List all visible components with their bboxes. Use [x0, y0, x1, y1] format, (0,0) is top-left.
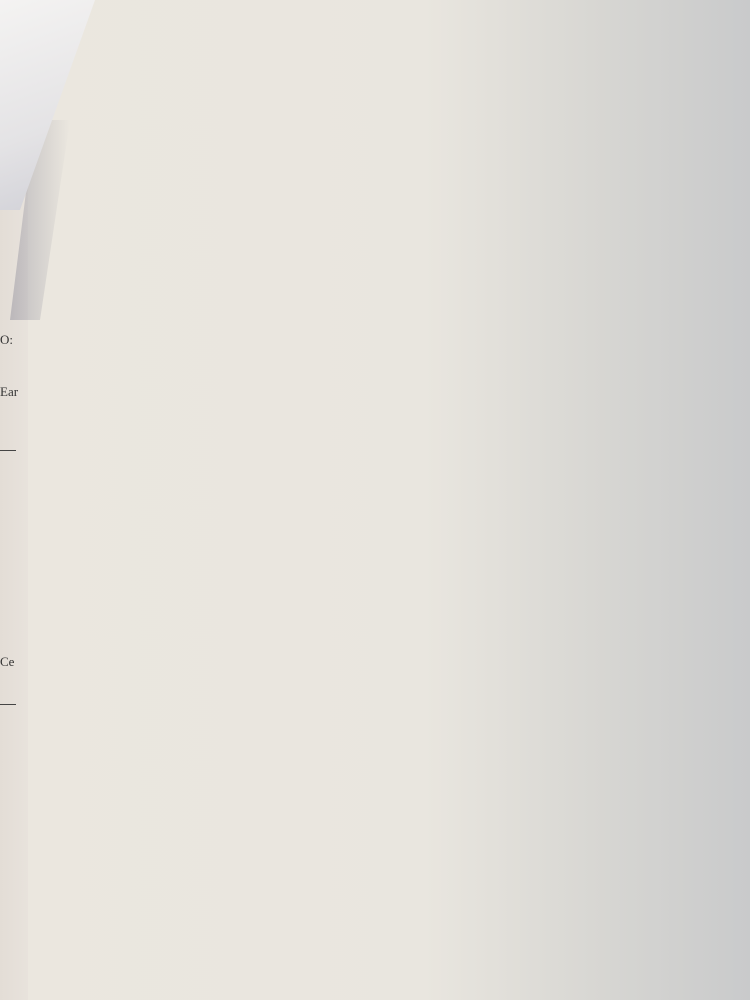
underlying-rule — [0, 450, 16, 451]
underlying-rule — [0, 704, 16, 705]
document-page — [28, 0, 750, 1000]
underlying-text-fragment: O: — [0, 332, 13, 348]
underlying-text-fragment: Ce — [0, 654, 14, 670]
underlying-text-fragment: Ear — [0, 384, 18, 400]
